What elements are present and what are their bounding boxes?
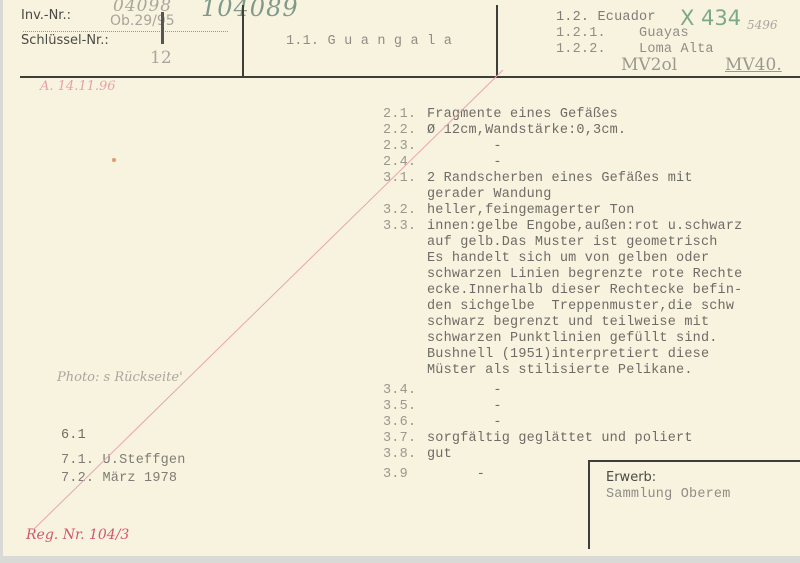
entry-row: 3.1.2 Randscherben eines Gefäßes mit <box>383 171 693 186</box>
entry-row: 3.6. - <box>383 415 502 430</box>
entry-row: den sichgelbe Treppenmuster,die schw <box>383 299 734 314</box>
entry-number: 3.4. <box>383 383 427 398</box>
entry-row: 2.1.Fragmente eines Gefäßes <box>383 107 618 122</box>
mark-small-number: 5496 <box>747 18 778 32</box>
entry-text: Bushnell (1951)interpretiert diese <box>427 347 709 362</box>
entry-number: 3.1. <box>383 171 427 186</box>
schluessel-nr-value: 12 <box>150 48 172 68</box>
code-mv40: MV40. <box>725 55 782 75</box>
entry-row: 3.9 - <box>383 467 485 482</box>
entry-number: 3.5. <box>383 399 427 414</box>
entry-row: Müster als stilisierte Pelikane. <box>383 363 693 378</box>
erwerb-value: Sammlung Oberem <box>606 487 731 502</box>
entry-text: schwarzen Linien begrenzte rote Rechte <box>427 267 742 282</box>
entry-row: 3.4. - <box>383 383 502 398</box>
entry-7-2-date: 7.2. März 1978 <box>61 471 177 486</box>
entry-number: 2.3. <box>383 139 427 154</box>
entry-row: schwarzen Punktlinien gefüllt sind. <box>383 331 718 346</box>
entry-text: Ø 12cm,Wandstärke:0,3cm. <box>427 123 626 138</box>
entry-text: Müster als stilisierte Pelikane. <box>427 363 693 378</box>
entry-text: auf gelb.Das Muster ist geometrisch <box>427 235 718 250</box>
header-bottom-rule <box>20 76 800 78</box>
erwerb-box-left <box>588 460 590 549</box>
schluessel-nr-label: Schlüssel-Nr.: <box>21 33 109 48</box>
entry-text: heller,feingemagerter Ton <box>427 203 635 218</box>
entry-row: 2.3. - <box>383 139 502 154</box>
entry-text: den sichgelbe Treppenmuster,die schw <box>427 299 734 314</box>
entry-text: schwarzen Punktlinien gefüllt sind. <box>427 331 718 346</box>
inv-nr-dotted-line <box>23 31 228 32</box>
entry-row: 3.2.heller,feingemagerter Ton <box>383 203 635 218</box>
erwerb-box-top <box>588 460 800 462</box>
entry-row: ecke.Innerhalb dieser Rechtecke befin- <box>383 283 742 298</box>
entry-row: 3.7.sorgfältig geglättet und poliert <box>383 431 693 446</box>
entry-text: - <box>427 467 485 482</box>
entry-text: - <box>427 415 502 430</box>
entry-text: sorgfältig geglättet und poliert <box>427 431 693 446</box>
entry-row: schwarzen Linien begrenzte rote Rechte <box>383 267 742 282</box>
entry-number: 2.2. <box>383 123 427 138</box>
ink-spot <box>112 158 116 162</box>
entry-row: Bushnell (1951)interpretiert diese <box>383 347 709 362</box>
entry-text: gerader Wandung <box>427 187 552 202</box>
entry-number: 3.6. <box>383 415 427 430</box>
entry-text: Es handelt sich um von gelben oder <box>427 251 709 266</box>
entry-text: 2 Randscherben eines Gefäßes mit <box>427 171 693 186</box>
entry-6-1: 6.1 <box>61 428 86 443</box>
entry-text: innen:gelbe Engobe,außen:rot u.schwarz <box>427 219 742 234</box>
entry-text: - <box>427 155 502 170</box>
entry-row: auf gelb.Das Muster ist geometrisch <box>383 235 718 250</box>
entry-number: 2.1. <box>383 107 427 122</box>
country-field: 1.2. Ecuador <box>556 10 656 25</box>
entry-row: gerader Wandung <box>383 187 552 202</box>
entry-7-1-collector: 7.1. U.Steffgen <box>61 453 186 468</box>
province-field: 1.2.1. Guayas <box>556 26 689 41</box>
entry-text: - <box>427 383 502 398</box>
entry-text: schwarz begrenzt und teilweise mit <box>427 315 709 330</box>
entry-row: schwarz begrenzt und teilweise mit <box>383 315 709 330</box>
inv-nr-handwritten-new: 104089 <box>201 0 299 22</box>
code-mv2ol: MV2ol <box>621 55 677 75</box>
inv-slash-mark <box>161 12 164 44</box>
entry-row: Es handelt sich um von gelben oder <box>383 251 709 266</box>
entry-number: 3.2. <box>383 203 427 218</box>
entry-text: gut <box>427 447 452 462</box>
entry-row: 3.5. - <box>383 399 502 414</box>
entry-number: 3.9 <box>383 467 427 482</box>
entry-row: 2.2.Ø 12cm,Wandstärke:0,3cm. <box>383 123 626 138</box>
red-date-annotation: A. 14.11.96 <box>40 79 116 94</box>
header-divider-1 <box>242 5 244 77</box>
entry-text: - <box>427 139 502 154</box>
erwerb-label: Erwerb: <box>606 470 656 485</box>
entry-number: 3.8. <box>383 447 427 462</box>
entry-number: 3.3. <box>383 219 427 234</box>
entry-text: Fragmente eines Gefäßes <box>427 107 618 122</box>
entry-row: 2.4. - <box>383 155 502 170</box>
entry-number: 3.7. <box>383 431 427 446</box>
header-divider-2 <box>496 5 498 77</box>
entry-row: 3.8.gut <box>383 447 452 462</box>
inv-nr-label: Inv.-Nr.: <box>21 8 71 23</box>
entry-number: 2.4. <box>383 155 427 170</box>
entry-text: ecke.Innerhalb dieser Rechtecke befin- <box>427 283 742 298</box>
catalog-card: Inv.-Nr.: Schlüssel-Nr.: Ob.29/95 04098 … <box>3 0 800 556</box>
culture-field: 1.1. G u a n g a l a <box>286 34 452 49</box>
entry-row: 3.3.innen:gelbe Engobe,außen:rot u.schwa… <box>383 219 742 234</box>
mark-x-434: X 434 <box>680 6 741 30</box>
photo-note: Photo: s Rückseite' <box>57 370 183 385</box>
reg-nr-annotation: Reg. Nr. 104/3 <box>26 527 129 543</box>
entry-text: - <box>427 399 502 414</box>
